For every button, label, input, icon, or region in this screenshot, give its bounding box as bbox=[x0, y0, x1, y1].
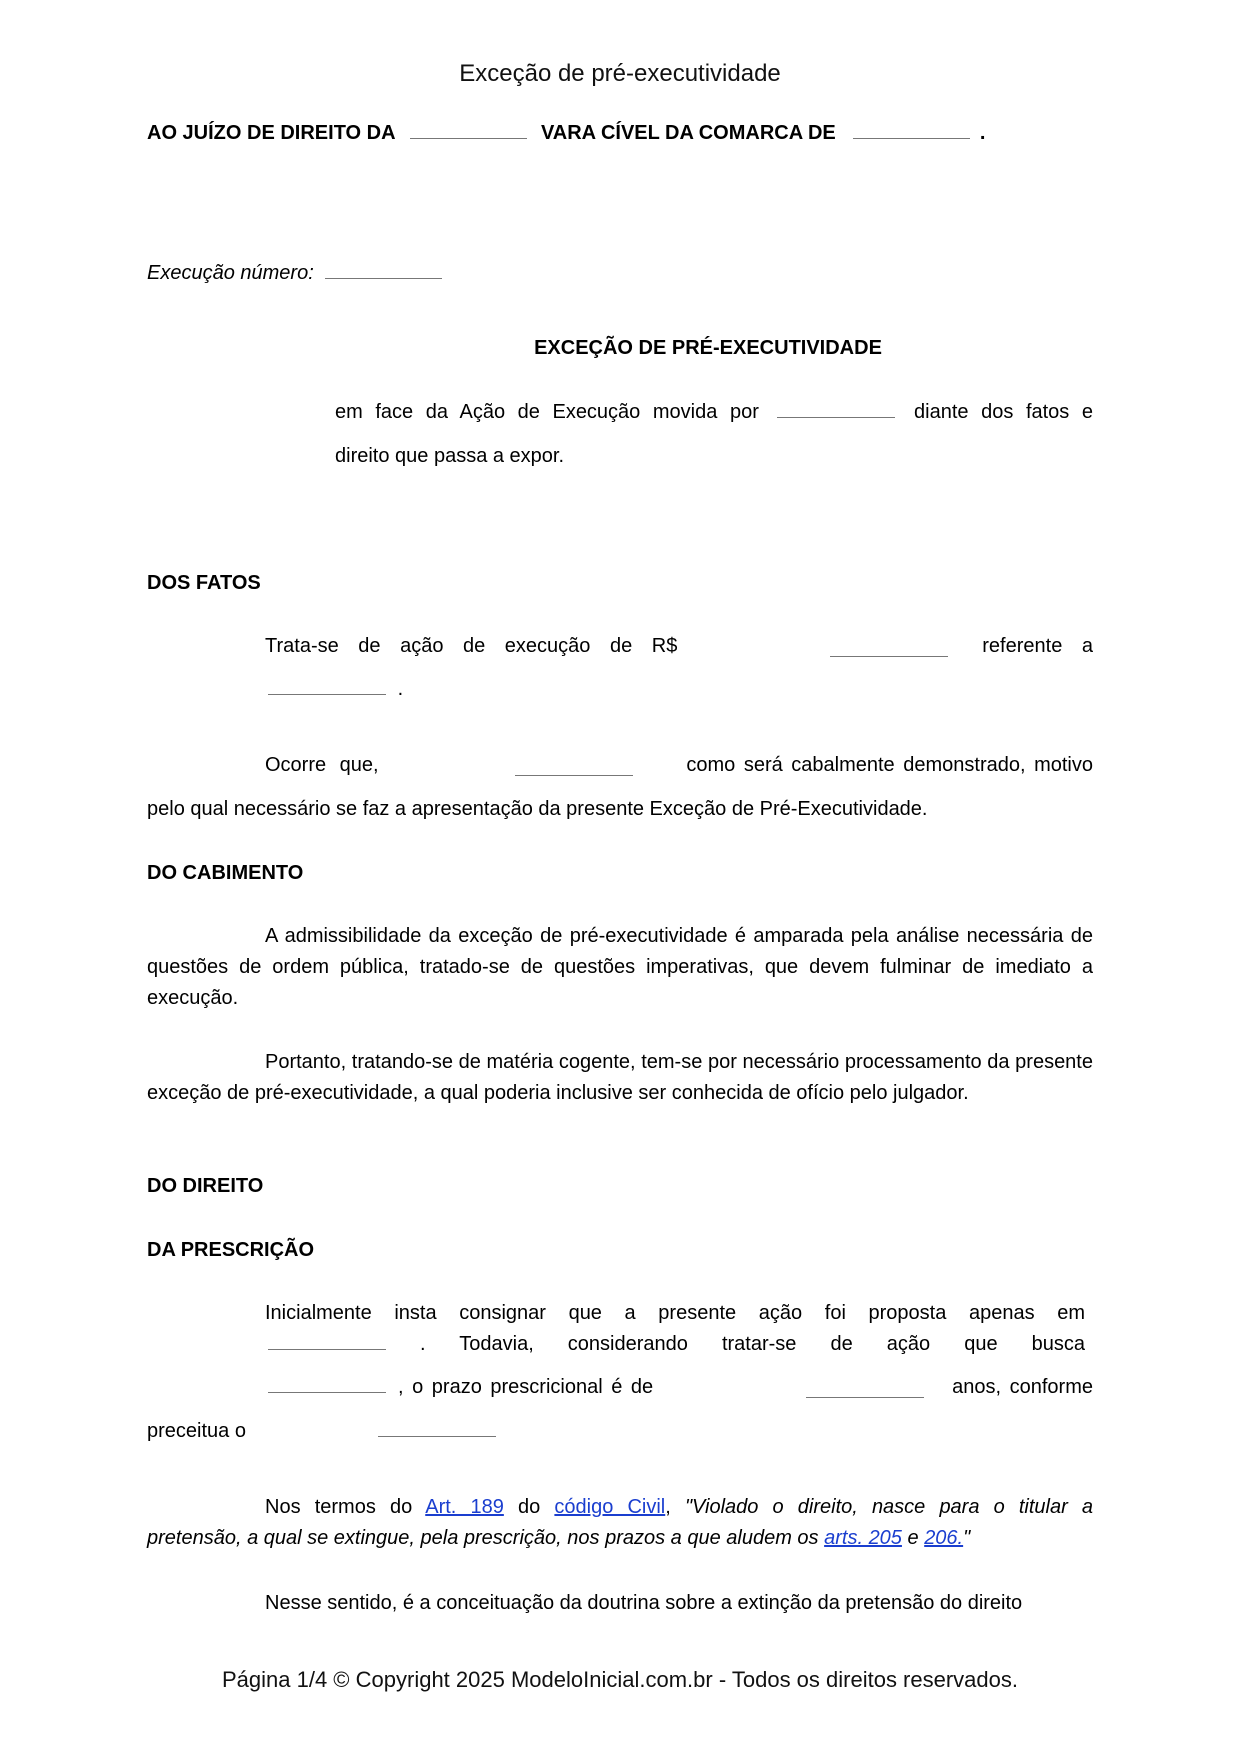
fatos-p1-after: referente a bbox=[982, 635, 1093, 657]
cabimento-p2-text: Portanto, tratando-se de matéria cogente… bbox=[147, 1051, 1093, 1104]
prescricao-p1-line4-text: preceitua o bbox=[147, 1420, 246, 1442]
intro-text-after: diante dos fatos e bbox=[914, 401, 1093, 423]
fatos-p1-end: . bbox=[398, 678, 404, 700]
addressee-part2: VARA CÍVEL DA COMARCA DE bbox=[541, 122, 836, 144]
cabimento-p2: Portanto, tratando-se de matéria cogente… bbox=[147, 1047, 1093, 1109]
fatos-p2-after: como será cabalmente demonstrado, motivo bbox=[686, 754, 1093, 776]
fatos-p2-before: Ocorre que, bbox=[265, 754, 379, 776]
prescricao-p1-line3-mid: , o prazo prescricional é de bbox=[398, 1376, 653, 1398]
cabimento-p1-text: A admissibilidade da exceção de pré-exec… bbox=[147, 925, 1093, 1009]
blank-exequente[interactable] bbox=[777, 416, 895, 418]
blank-dispositivo-legal[interactable] bbox=[378, 1435, 496, 1437]
execution-number-label: Execução número: bbox=[147, 262, 314, 284]
prescricao-p2-line2: pretensão, a qual se extingue, pela pres… bbox=[147, 1527, 970, 1549]
blank-execution-number[interactable] bbox=[325, 277, 442, 279]
blank-referente[interactable] bbox=[268, 693, 386, 695]
blank-data-proposta[interactable] bbox=[268, 1348, 386, 1350]
link-art-189[interactable]: Art. 189 bbox=[425, 1496, 504, 1518]
blank-valor[interactable] bbox=[830, 655, 948, 657]
intro-text-before: em face da Ação de Execução movida por bbox=[335, 401, 759, 423]
main-title: EXCEÇÃO DE PRÉ-EXECUTIVIDADE bbox=[0, 337, 1240, 359]
intro-line-1: em face da Ação de Execução movida por d… bbox=[335, 401, 1093, 423]
prescricao-p1-line2-text: . Todavia, considerando tratar-se de açã… bbox=[420, 1333, 1085, 1355]
prescricao-p1-line2: . Todavia, considerando tratar-se de açã… bbox=[268, 1333, 1085, 1355]
link-arts-205[interactable]: arts. 205 bbox=[824, 1527, 902, 1549]
blank-ocorre[interactable] bbox=[515, 774, 633, 776]
addressee-end: . bbox=[980, 122, 986, 144]
blank-objeto-acao[interactable] bbox=[268, 1391, 386, 1393]
prescricao-p3: Nesse sentido, é a conceituação da doutr… bbox=[265, 1592, 1022, 1614]
section-heading-cabimento: DO CABIMENTO bbox=[147, 862, 303, 884]
prescricao-p2-mid: do bbox=[518, 1496, 540, 1518]
prescricao-p2-quote1: "Violado o direito, nasce para o titular… bbox=[685, 1496, 1093, 1518]
fatos-p1-before: Trata-se de ação de execução de R$ bbox=[265, 635, 677, 657]
prescricao-p2-comma: , bbox=[665, 1496, 671, 1518]
addressee-part1: AO JUÍZO DE DIREITO DA bbox=[147, 122, 395, 144]
prescricao-p2-and: e bbox=[908, 1527, 919, 1549]
prescricao-p1-line1: Inicialmente insta consignar que a prese… bbox=[265, 1302, 1085, 1324]
section-heading-direito: DO DIREITO bbox=[147, 1175, 263, 1197]
blank-prazo-anos[interactable] bbox=[806, 1396, 924, 1398]
section-heading-prescricao: DA PRESCRIÇÃO bbox=[147, 1239, 314, 1261]
fatos-p2-line1: Ocorre que, como será cabalmente demonst… bbox=[265, 754, 1093, 776]
fatos-p2-line2: pelo qual necessário se faz a apresentaç… bbox=[147, 798, 928, 820]
link-206[interactable]: 206. bbox=[924, 1527, 963, 1549]
cabimento-p1: A admissibilidade da exceção de pré-exec… bbox=[147, 921, 1093, 1014]
prescricao-p2-start: Nos termos do bbox=[265, 1496, 412, 1518]
page-footer: Página 1/4 © Copyright 2025 ModeloInicia… bbox=[0, 1667, 1240, 1693]
execution-number-line: Execução número: bbox=[147, 262, 442, 284]
prescricao-p1-line3: , o prazo prescricional é de anos, confo… bbox=[268, 1376, 1093, 1398]
prescricao-p2-quote2: pretensão, a qual se extingue, pela pres… bbox=[147, 1527, 819, 1549]
fatos-p1-line1: Trata-se de ação de execução de R$ refer… bbox=[265, 635, 1093, 657]
prescricao-p1-line4: preceitua o bbox=[147, 1420, 496, 1442]
link-codigo-civil[interactable]: código Civil bbox=[554, 1496, 665, 1518]
prescricao-p1-line3-end: anos, conforme bbox=[952, 1376, 1093, 1398]
addressee-line: AO JUÍZO DE DIREITO DA VARA CÍVEL DA COM… bbox=[147, 122, 985, 144]
page-header-title: Exceção de pré-executividade bbox=[0, 60, 1240, 88]
blank-vara[interactable] bbox=[410, 137, 527, 139]
fatos-p1-line2: . bbox=[268, 678, 403, 700]
section-heading-fatos: DOS FATOS bbox=[147, 572, 261, 594]
blank-comarca[interactable] bbox=[853, 137, 970, 139]
prescricao-p2-close: " bbox=[963, 1527, 970, 1549]
prescricao-p2-line1: Nos termos do Art. 189 do código Civil, … bbox=[265, 1496, 1093, 1518]
intro-line-2: direito que passa a expor. bbox=[335, 445, 564, 467]
